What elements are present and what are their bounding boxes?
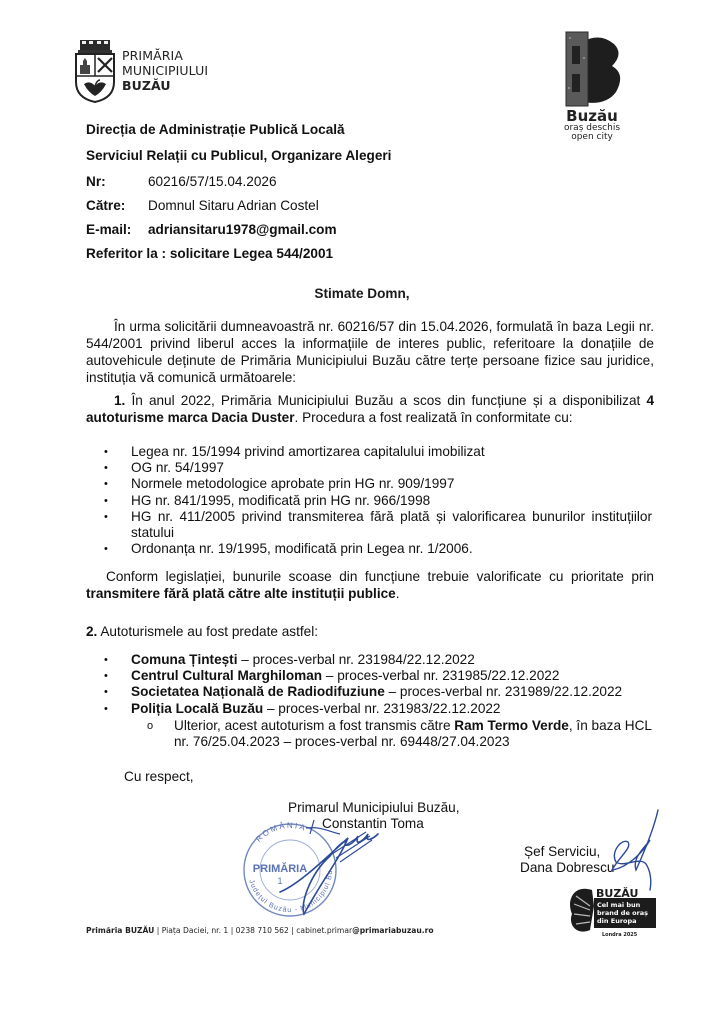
institution-line-1: PRIMĂRIA	[122, 48, 208, 63]
point-1-number: 1.	[114, 393, 125, 408]
badge-title: BUZĂU	[596, 887, 638, 900]
chief-title: Șef Serviciu,	[524, 843, 600, 860]
award-badge: BUZĂU Cel mai bun brand de oraș din Euro…	[566, 884, 658, 938]
point-1-paragraph: 1. În anul 2022, Primăria Municipiului B…	[86, 392, 654, 426]
recipient-name: Comuna Țintești	[131, 652, 238, 667]
footer-email[interactable]: cabinet.primar@primariabuzau.ro	[296, 926, 433, 935]
conform-text-b: .	[396, 586, 400, 601]
recipient-label: Către:	[86, 198, 148, 214]
footer-separator: |	[291, 926, 294, 935]
recipient-value: Domnul Sitaru Adrian Costel	[148, 198, 319, 213]
city-brand-tagline-en: open city	[552, 133, 632, 142]
email-label: E-mail:	[86, 222, 148, 238]
city-brand-name: Buzău	[552, 108, 632, 124]
email-row: E-mail:adriansitaru1978@gmail.com	[86, 222, 337, 238]
institution-line-3: BUZĂU	[122, 78, 208, 93]
badge-footer: Londra 2025	[602, 932, 638, 938]
salutation: Stimate Domn,	[0, 286, 724, 301]
conform-text-a: Conform legislației, bunurile scoase din…	[106, 569, 654, 584]
footer-org: Primăria BUZĂU	[86, 926, 154, 935]
badge-line-1: Cel mai bun	[597, 901, 641, 909]
conform-paragraph: Conform legislației, bunurile scoase din…	[86, 568, 654, 602]
footer-separator: |	[231, 926, 234, 935]
recipient-item: Societatea Națională de Radiodifuziune –…	[104, 684, 664, 700]
recipient-name: Societatea Națională de Radiodifuziune	[131, 684, 385, 699]
intro-paragraph: În urma solicitării dumneavoastră nr. 60…	[86, 318, 654, 386]
badge-line-2: brand de oraș	[597, 909, 648, 917]
recipient-sub-list: Ulterior, acest autoturism a fost transm…	[147, 718, 664, 750]
transfer-note: Ulterior, acest autoturism a fost transm…	[147, 718, 664, 750]
badge-line-3: din Europa	[597, 917, 637, 925]
legal-basis-item: HG nr. 841/1995, modificată prin HG nr. …	[104, 493, 652, 509]
mayor-signature-icon	[270, 814, 380, 924]
point-2-heading: 2. Autoturismele au fost predate astfel:	[86, 623, 318, 640]
legal-basis-item: OG nr. 54/1997	[104, 460, 652, 476]
recipient-row: Către:Domnul Sitaru Adrian Costel	[86, 198, 319, 214]
recipient-detail: – proces-verbal nr. 231984/22.12.2022	[238, 652, 475, 667]
butterfly-icon	[570, 889, 594, 932]
city-brand-text: Buzău oraș deschis open city	[552, 108, 632, 142]
closing: Cu respect,	[124, 768, 194, 785]
recipients-list: Comuna Țintești – proces-verbal nr. 2319…	[104, 652, 664, 750]
chief-name: Dana Dobrescu	[520, 859, 614, 876]
institution-line-2: MUNICIPIULUI	[122, 63, 208, 78]
service-name: Serviciul Relații cu Publicul, Organizar…	[86, 148, 391, 164]
legal-basis-item: HG nr. 411/2005 privind transmiterea făr…	[104, 509, 652, 541]
recipient-detail: – proces-verbal nr. 231983/22.12.2022	[263, 701, 500, 716]
subject-line: Referitor la : solicitare Legea 544/2001	[86, 246, 333, 262]
transfer-note-highlight: Ram Termo Verde	[454, 718, 569, 733]
legal-basis-item: Ordonanța nr. 19/1995, modificată prin L…	[104, 541, 652, 557]
point-2-text: Autoturismele au fost predate astfel:	[97, 624, 318, 639]
footer-phone[interactable]: 0238 710 562	[236, 926, 289, 935]
point-1-text-a: În anul 2022, Primăria Municipiului Buză…	[125, 393, 646, 408]
coat-of-arms-icon	[74, 38, 116, 104]
footer-email-domain: @primariabuzau.ro	[352, 926, 434, 935]
footer-separator: |	[157, 926, 160, 935]
point-1-text-b: . Procedura a fost realizată în conformi…	[295, 410, 573, 425]
transfer-note-text-a: Ulterior, acest autoturism a fost transm…	[174, 718, 454, 733]
registration-number-label: Nr:	[86, 174, 148, 190]
legal-basis-list: Legea nr. 15/1994 privind amortizarea ca…	[104, 444, 652, 557]
recipient-item: Centrul Cultural Marghiloman – proces-ve…	[104, 668, 664, 684]
point-2-number: 2.	[86, 624, 97, 639]
recipient-item: Comuna Țintești – proces-verbal nr. 2319…	[104, 652, 664, 668]
email-value[interactable]: adriansitaru1978@gmail.com	[148, 222, 337, 237]
chief-signature-icon	[606, 808, 662, 892]
legal-basis-item: Legea nr. 15/1994 privind amortizarea ca…	[104, 444, 652, 460]
conform-highlight: transmitere fără plată către alte instit…	[86, 586, 396, 601]
registration-number-row: Nr:60216/57/15.04.2026	[86, 174, 277, 190]
recipient-name: Centrul Cultural Marghiloman	[131, 668, 322, 683]
recipient-item: Poliția Locală Buzău – proces-verbal nr.…	[104, 701, 664, 751]
recipient-detail: – proces-verbal nr. 231989/22.12.2022	[385, 684, 622, 699]
department-name: Direcția de Administrație Publică Locală	[86, 122, 345, 138]
footer-email-user: cabinet.primar	[296, 926, 352, 935]
recipient-name: Poliția Locală Buzău	[131, 701, 263, 716]
footer-contact: Primăria BUZĂU | Piața Daciei, nr. 1 | 0…	[86, 926, 434, 935]
footer-address: Piața Daciei, nr. 1	[162, 926, 229, 935]
institution-name: PRIMĂRIA MUNICIPIULUI BUZĂU	[122, 48, 208, 93]
registration-number-value: 60216/57/15.04.2026	[148, 174, 277, 189]
buzau-b-heart-logo-icon	[560, 28, 624, 110]
legal-basis-item: Normele metodologice aprobate prin HG nr…	[104, 476, 652, 492]
recipient-detail: – proces-verbal nr. 231985/22.12.2022	[322, 668, 559, 683]
